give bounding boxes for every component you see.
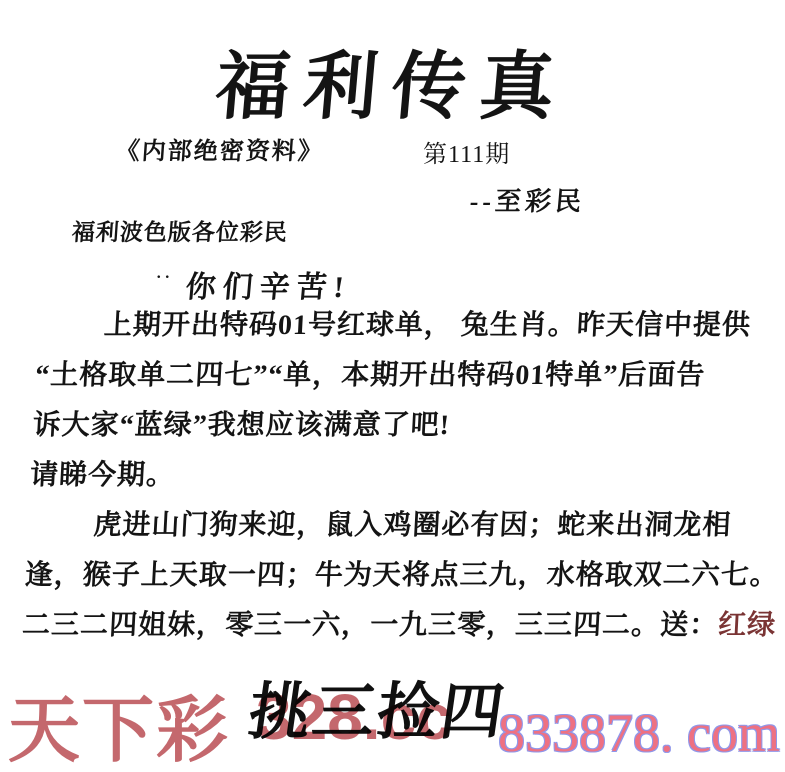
watermark-site-url-2: 833878. com	[498, 702, 780, 764]
letter-line: 上期开出特码01号红球单， 兔生肖。昨天信中提供	[37, 301, 780, 351]
last-line-main: 二三二四姐妹，零三一六，一九三零，三三四二。送：	[21, 610, 719, 641]
document-title: 福利传真	[0, 28, 785, 134]
dedication-line: --至彩民	[468, 181, 587, 218]
watermark-site-url-1: 328.cc	[256, 680, 452, 754]
letter-line: 虎进山门狗来迎，鼠入鸡圈必有因；蛇来出洞龙相	[26, 501, 769, 551]
source-label: 《内部绝密资料》	[115, 131, 325, 166]
issue-number: 第111期	[423, 134, 510, 169]
letter-line-last: 二三二四姐妹，零三一六，一九三零，三三四二。送：红绿	[21, 601, 764, 651]
letter-line: 诉大家“蓝绿”我想应该满意了吧!	[31, 401, 774, 451]
last-line-red-tip: 红绿	[717, 610, 777, 641]
fax-document-page: 福利传真 《内部绝密资料》 第111期 --至彩民 福利波色版各位彩民 .. 你…	[0, 0, 785, 772]
letter-line: 逢，猴子上天取一四；牛为天将点三九，水格取双二六七。	[23, 551, 766, 601]
greeting-line: 你们辛苦!	[184, 262, 353, 306]
greeting-dots: ..	[156, 258, 173, 284]
watermark-brand: 天下彩	[8, 672, 230, 772]
letter-body: 上期开出特码01号红球单， 兔生肖。昨天信中提供 “土格取单二四七”“单，本期开…	[21, 301, 779, 651]
salutation-line: 福利波色版各位彩民	[71, 214, 289, 247]
letter-line: 请睇今期。	[29, 451, 772, 501]
letter-line: “土格取单二四七”“单，本期开出特码01特单”后面告	[34, 351, 777, 401]
